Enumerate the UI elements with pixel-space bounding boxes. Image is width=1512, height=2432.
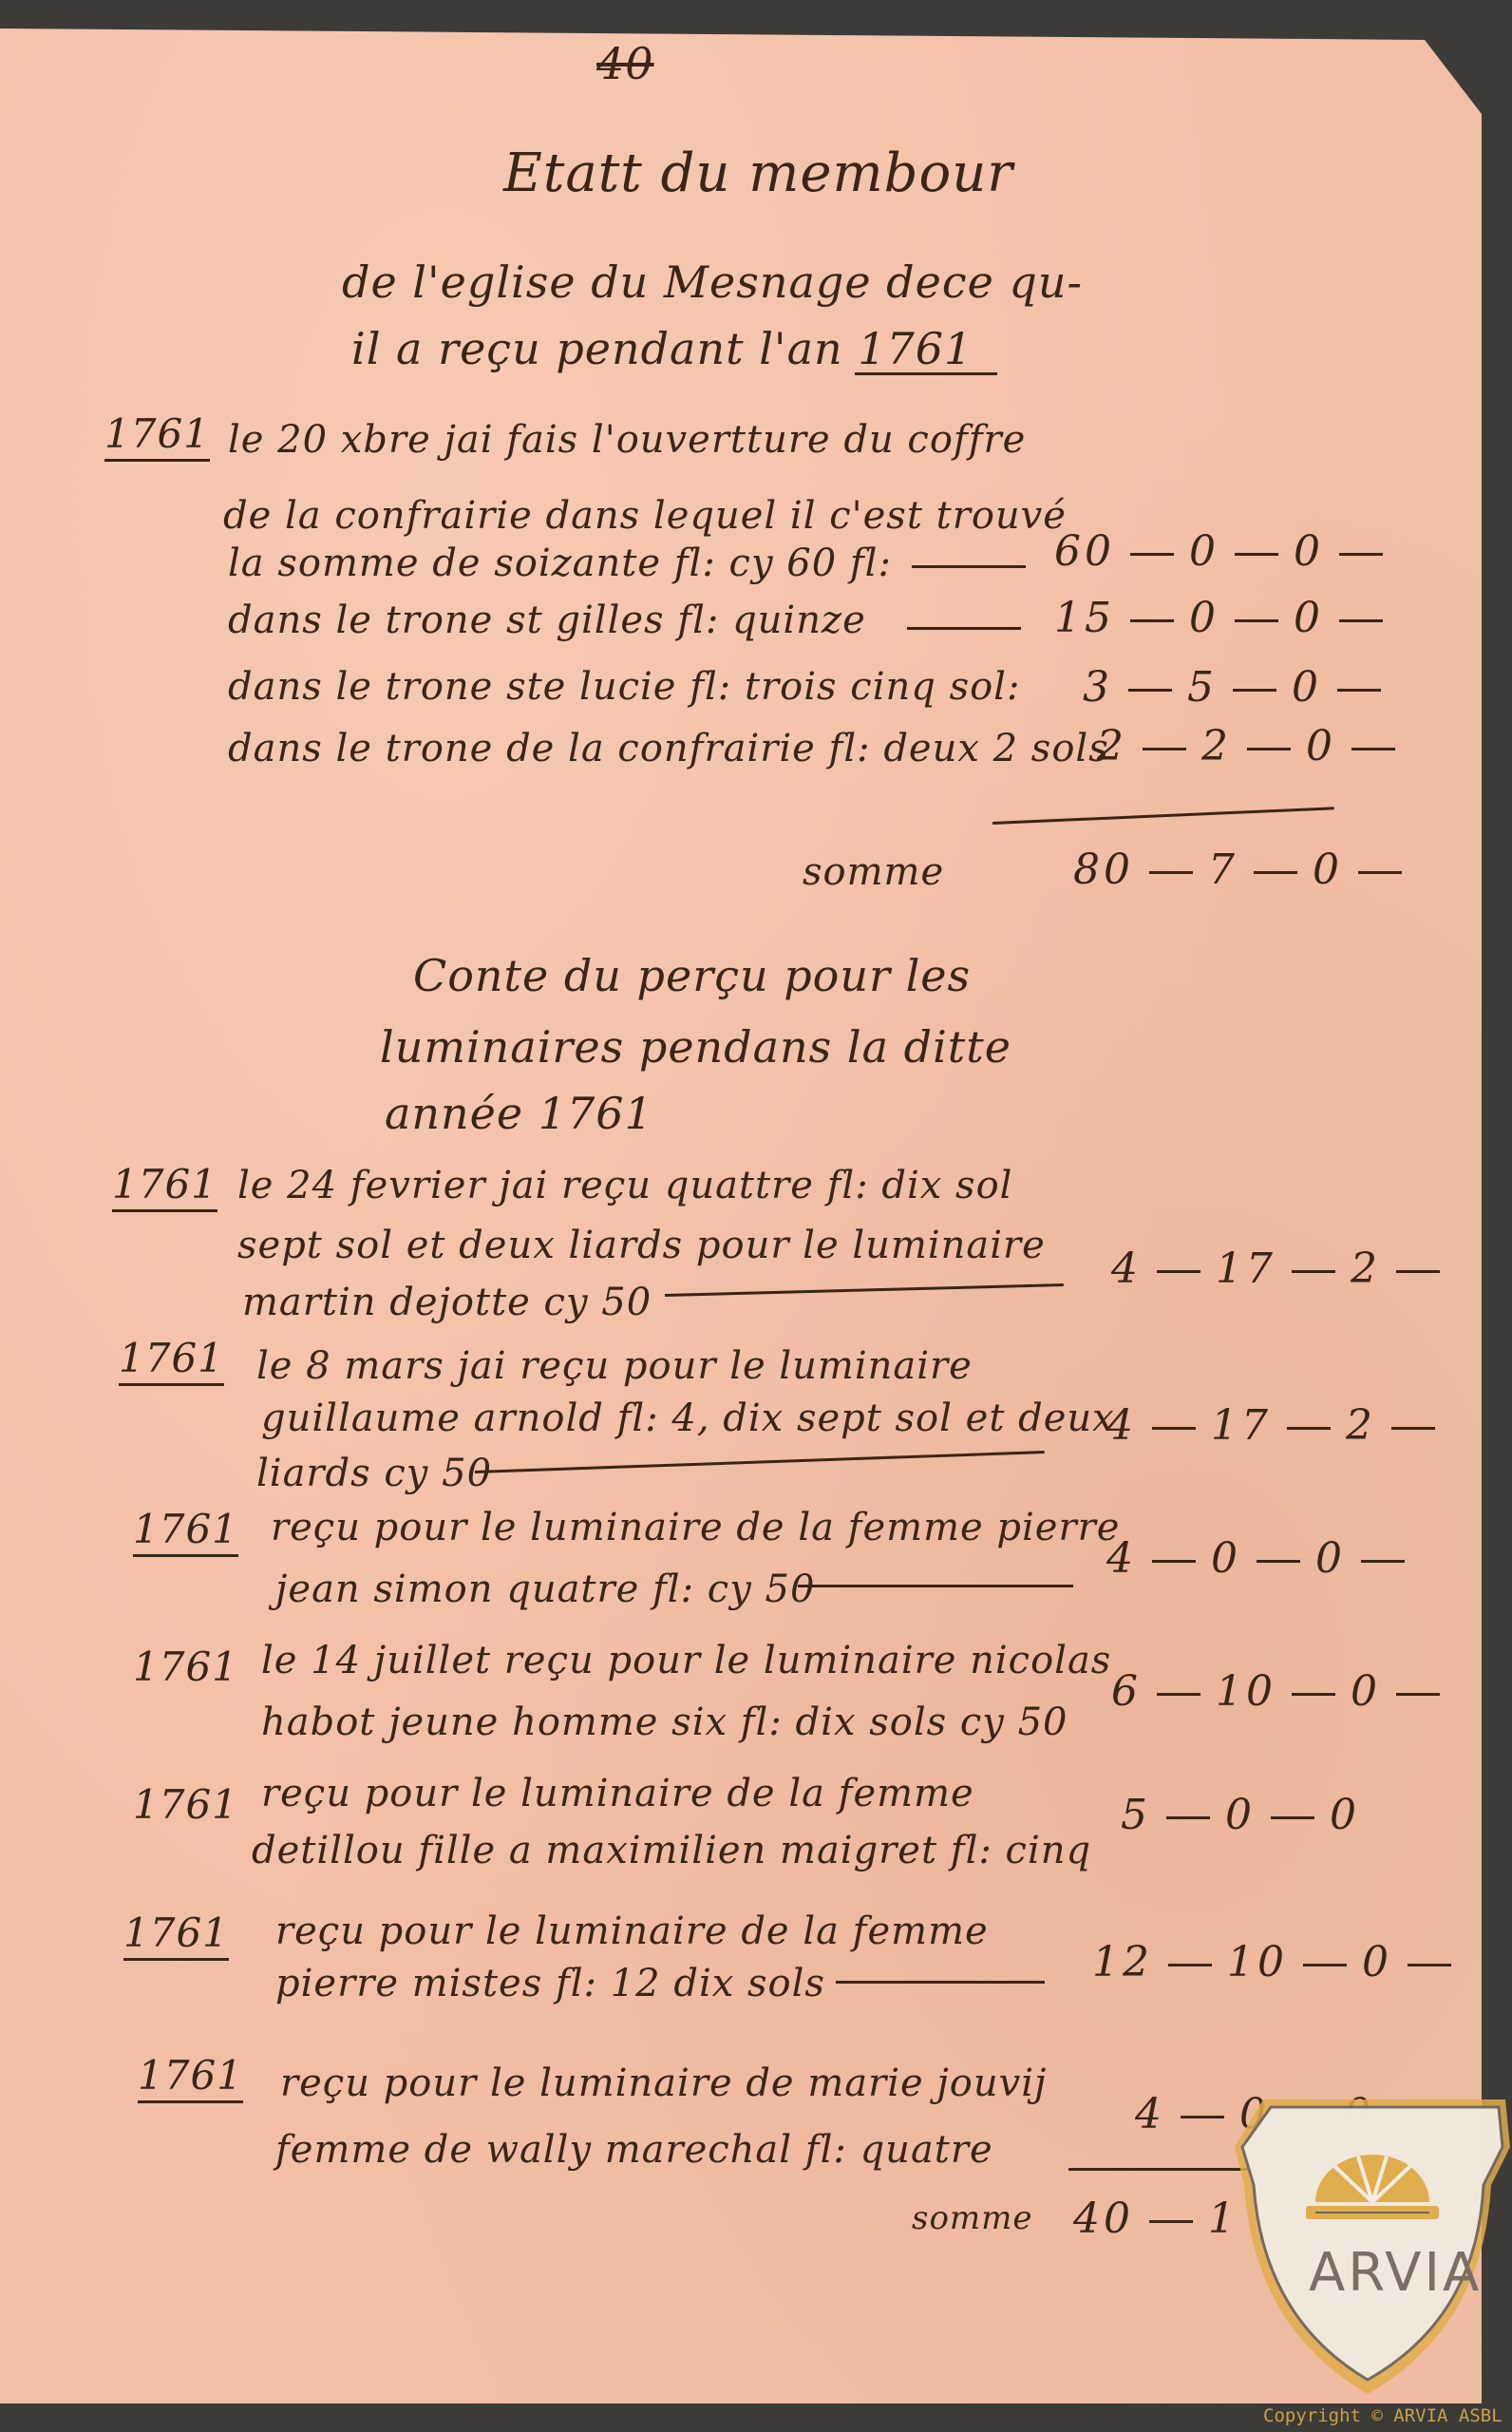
amount-liards: 0	[1294, 594, 1324, 642]
entry-line: le 24 fevrier jai reçu quattre fl: dix s…	[237, 1164, 1012, 1207]
entry-line: de la confrairie dans lequel il c'est tr…	[223, 494, 1067, 538]
amount-florins: 4	[1111, 1244, 1142, 1293]
amount-florins: 6	[1111, 1667, 1142, 1716]
entry-line: liards cy 50	[256, 1452, 492, 1495]
amount-liards: 0	[1362, 1938, 1392, 1986]
leader-line	[798, 1585, 1073, 1587]
section1-total: 8070	[1073, 845, 1417, 894]
amount-sols: 10	[1216, 1667, 1276, 1716]
entry-year: 1761	[133, 1506, 238, 1557]
subtitle-line-2: il a reçu pendant l'an 1761	[351, 323, 973, 374]
entry-year: 1761	[123, 1909, 229, 1961]
entry-line: la somme de soizante fl: cy 60 fl:	[228, 541, 892, 585]
total-label: somme	[803, 850, 944, 894]
section2-heading-3: année 1761	[385, 1088, 653, 1139]
total-sols: 7	[1208, 845, 1238, 894]
logo-text: ARVIA	[1309, 2242, 1482, 2304]
amount-sols: 2	[1201, 722, 1232, 770]
entry-line: dans le trone ste lucie fl: trois cinq s…	[228, 665, 1020, 709]
entry-line: femme de wally marechal fl: quatre	[275, 2128, 993, 2172]
entry-year: 1761	[133, 1781, 238, 1830]
entry-line: le 8 mars jai reçu pour le luminaire	[256, 1344, 973, 1388]
amount-sols: 0	[1225, 1791, 1256, 1839]
entry-year: 1761	[138, 2052, 243, 2103]
entry-year: 1761	[112, 1161, 217, 1212]
amount-liards: 0	[1294, 527, 1324, 576]
entry-line: reçu pour le luminaire de la femme	[261, 1772, 974, 1815]
amount-row: 500	[1121, 1791, 1360, 1839]
total-label: somme	[912, 2199, 1033, 2237]
amount-sols: 17	[1216, 1244, 1276, 1293]
total-florins: 80	[1073, 845, 1134, 894]
section2-heading-2: luminaires pendans la ditte	[380, 1021, 1011, 1073]
amount-florins: 4	[1135, 2090, 1165, 2138]
entry-line: le 20 xbre jai fais l'ouvertture du coff…	[228, 418, 1026, 462]
amount-row: 4172	[1111, 1244, 1455, 1293]
amount-florins: 12	[1092, 1938, 1153, 1986]
total-liards: 0	[1313, 845, 1343, 894]
page-title: Etatt du membour	[503, 142, 1013, 204]
entry-line: reçu pour le luminaire de la femme pierr…	[271, 1506, 1120, 1549]
leader-line	[907, 627, 1021, 630]
amount-liards: 0	[1330, 1791, 1360, 1839]
entry-line: jean simon quatre fl: cy 50	[275, 1567, 815, 1611]
amount-florins: 4	[1106, 1401, 1137, 1450]
entry-year: 1761	[104, 410, 210, 462]
leader-line	[912, 565, 1026, 568]
amount-row: 12100	[1092, 1938, 1466, 1986]
amount-sols: 5	[1187, 663, 1218, 712]
arvia-watermark: ARVIA	[1235, 2090, 1510, 2403]
amount-row: 220	[1097, 722, 1410, 770]
entry-line: reçu pour le luminaire de la femme	[275, 1909, 989, 1953]
entry-line: martin dejotte cy 50	[242, 1281, 652, 1324]
amount-sols: 0	[1211, 1534, 1241, 1583]
amount-liards: 2	[1346, 1401, 1376, 1450]
leader-line	[836, 1981, 1045, 1984]
amount-sols: 17	[1211, 1401, 1272, 1450]
amount-liards: 2	[1351, 1244, 1381, 1293]
amount-florins: 5	[1121, 1791, 1151, 1839]
amount-row: 350	[1083, 663, 1396, 712]
amount-row: 400	[1106, 1534, 1420, 1583]
entry-year: 1761	[133, 1643, 238, 1692]
subtitle-line-1: de l'eglise du Mesnage dece qu-	[342, 256, 1083, 308]
amount-sols: 0	[1189, 594, 1219, 642]
amount-florins: 2	[1097, 722, 1127, 770]
amount-liards: 0	[1351, 1667, 1381, 1716]
copyright-notice: Copyright © ARVIA ASBL	[1263, 2405, 1503, 2426]
entry-line: le 14 juillet reçu pour le luminaire nic…	[261, 1639, 1111, 1682]
amount-florins: 60	[1054, 527, 1115, 576]
total-florins: 40	[1073, 2194, 1134, 2243]
amount-sols: 0	[1189, 527, 1219, 576]
amount-row: 4172	[1106, 1401, 1450, 1450]
entry-line: guillaume arnold fl: 4, dix sept sol et …	[261, 1396, 1115, 1440]
entry-line: sept sol et deux liards pour le luminair…	[237, 1224, 1046, 1267]
entry-year: 1761	[119, 1335, 224, 1386]
amount-liards: 0	[1315, 1534, 1346, 1583]
subtitle-underline	[855, 372, 997, 375]
amount-florins: 3	[1083, 663, 1113, 712]
entry-line: habot jeune homme six fl: dix sols cy 50	[261, 1700, 1068, 1744]
amount-florins: 4	[1106, 1534, 1137, 1583]
amount-liards: 0	[1292, 663, 1322, 712]
entry-line: reçu pour le luminaire de marie jouvij	[280, 2061, 1047, 2105]
manuscript-page	[0, 28, 1482, 2403]
entry-line: detillou fille a maximilien maigret fl: …	[252, 1829, 1091, 1872]
entry-line: dans le trone st gilles fl: quinze	[228, 598, 866, 642]
amount-liards: 0	[1306, 722, 1336, 770]
amount-row: 6100	[1111, 1667, 1455, 1716]
amount-florins: 15	[1054, 594, 1115, 642]
entry-line: pierre mistes fl: 12 dix sols	[275, 1962, 825, 2005]
entry-line: dans le trone de la confrairie fl: deux …	[228, 727, 1109, 770]
amount-row: 6000	[1054, 527, 1398, 576]
amount-row: 1500	[1054, 594, 1398, 642]
folio-number: 40	[596, 38, 654, 89]
amount-sols: 10	[1227, 1938, 1288, 1986]
section2-total: 401	[1073, 2194, 1238, 2243]
section2-heading-1: Conte du perçu pour les	[413, 950, 971, 1001]
